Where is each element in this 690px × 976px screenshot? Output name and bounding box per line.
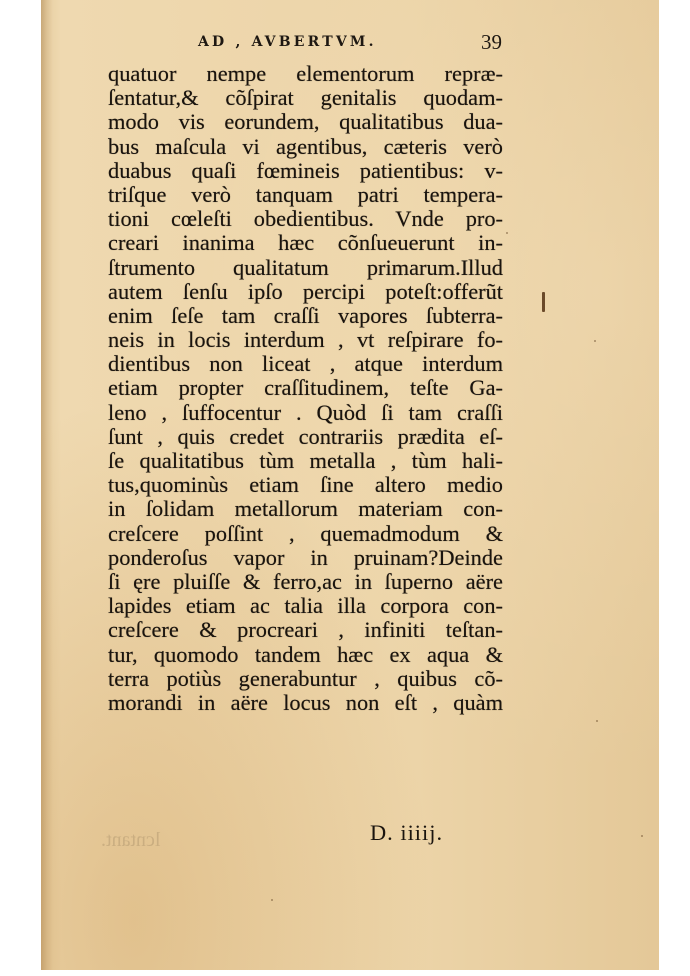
text-line: ponderoſus vapor in pruinam?Deinde [108, 546, 503, 570]
paper-speck [596, 720, 598, 722]
text-line: enim ſeſe tam craſſi vapores ſubterra- [108, 304, 503, 328]
book-page: AD , AVBERTVM. 39 quatuor nempe elemento… [41, 0, 659, 970]
text-line: tus,quominùs etiam ſine altero medio [108, 473, 503, 497]
running-title: AD , AVBERTVM. [198, 34, 377, 50]
body-text: quatuor nempe elementorum repræ- ſentatu… [108, 62, 503, 715]
running-head: AD , AVBERTVM. 39 [41, 30, 659, 56]
text-line: ſunt , quis credet contrariis prædita eſ… [108, 425, 503, 449]
text-line: leno , ſuffocentur . Quòd ſi tam craſſi [108, 401, 503, 425]
text-line: terra potiùs generabuntur , quibus cõ- [108, 667, 503, 691]
text-line: morandi in aëre locus non eſt , quàm [108, 691, 503, 715]
text-line: creari inanima hæc cõnſueuerunt in- [108, 231, 503, 255]
text-line: ſentatur,& cõſpirat genitalis quodam- [108, 86, 503, 110]
bleed-through-text: lcntant. [101, 829, 160, 852]
text-line: dientibus non liceat , atque interdum [108, 352, 503, 376]
text-line: ſe qualitatibus tùm metalla , tùm hali- [108, 449, 503, 473]
text-line: creſcere & procreari , infiniti teſtan- [108, 618, 503, 642]
text-line: tioni cœleſti obedientibus. Vnde pro- [108, 207, 503, 231]
gutter-shadow [41, 0, 53, 970]
text-line: bus maſcula vi agentibus, cæteris verò [108, 135, 503, 159]
text-line: duabus quaſi fœmineis patientibus: v- [108, 159, 503, 183]
text-line: in ſolidam metallorum materiam con- [108, 497, 503, 521]
text-line: ſtrumento qualitatum primarum.Illud [108, 256, 503, 280]
page-number: 39 [481, 30, 502, 55]
text-line: quatuor nempe elementorum repræ- [108, 62, 503, 86]
margin-ink-mark [542, 292, 545, 312]
text-line: tur, quomodo tandem hæc ex aqua & [108, 643, 503, 667]
text-line: autem ſenſu ipſo percipi poteſt:offerũt [108, 280, 503, 304]
signature-mark: D. iiiij. [370, 820, 443, 846]
paper-speck [594, 340, 596, 342]
text-line: etiam propter craſſitudinem, teſte Ga- [108, 376, 503, 400]
paper-speck [271, 899, 273, 901]
paper-speck [641, 835, 643, 837]
text-line: neis in locis interdum , vt reſpirare fo… [108, 328, 503, 352]
text-line: triſque verò tanquam patri tempera- [108, 183, 503, 207]
text-line: ſi ęre pluiſſe & ferro,ac in ſuperno aër… [108, 570, 503, 594]
text-line: creſcere poſſint , quemadmodum & [108, 522, 503, 546]
paper-speck [506, 232, 508, 234]
text-line: modo vis eorundem, qualitatibus dua- [108, 110, 503, 134]
text-line: lapides etiam ac talia illa corpora con- [108, 594, 503, 618]
